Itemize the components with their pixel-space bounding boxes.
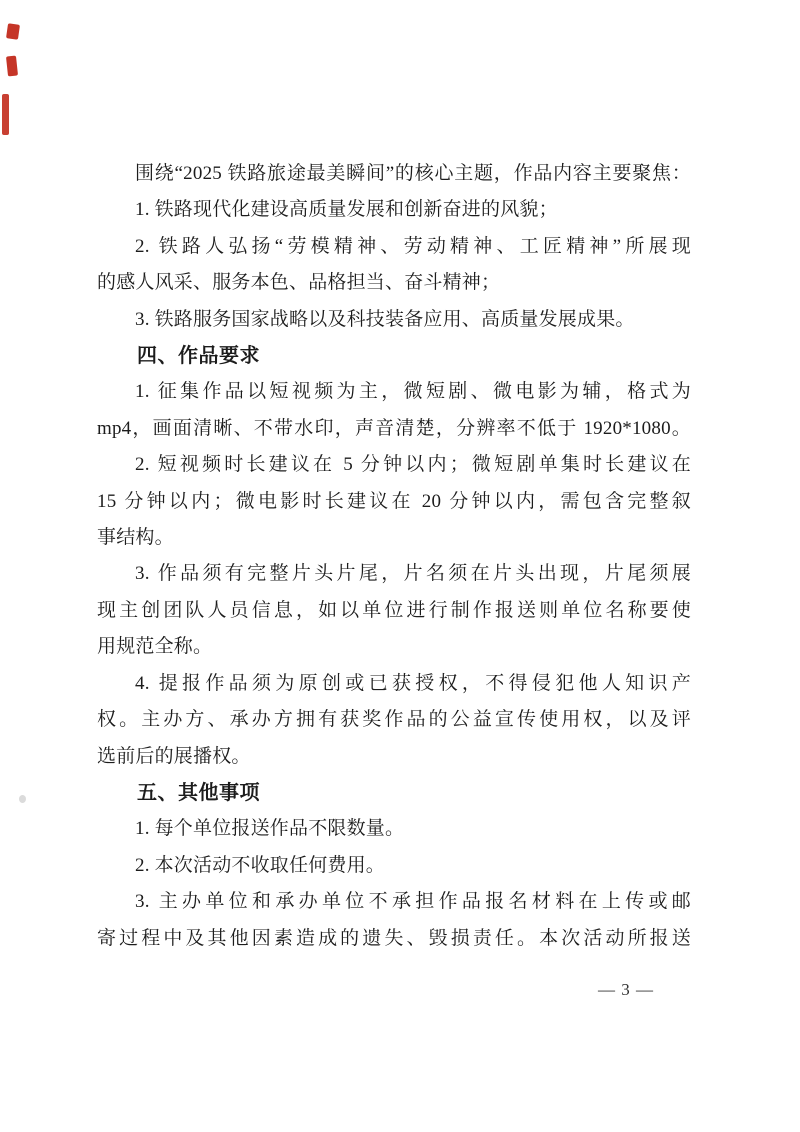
requirement-3: 3. 作品须有完整片头片尾，片名须在片头出现，片尾须展 (97, 556, 691, 592)
red-scan-artifact-3 (2, 94, 9, 135)
requirement-2: 2. 短视频时长建议在 5 分钟以内；微短剧单集时长建议在 (97, 447, 691, 483)
requirement-2-cont-1: 15 分钟以内；微电影时长建议在 20 分钟以内，需包含完整叙 (97, 484, 691, 520)
red-scan-artifact-1 (6, 23, 20, 40)
other-item-1: 1. 每个单位报送作品不限数量。 (97, 811, 691, 847)
intro-line: 围绕“2025 铁路旅途最美瞬间”的核心主题，作品内容主要聚焦： (97, 156, 691, 192)
page-number: — 3 — (598, 980, 654, 1000)
document-body: 围绕“2025 铁路旅途最美瞬间”的核心主题，作品内容主要聚焦： 1. 铁路现代… (97, 156, 691, 957)
focus-item-2: 2. 铁路人弘扬“劳模精神、劳动精神、工匠精神”所展现 (97, 229, 691, 265)
other-item-3-cont: 寄过程中及其他因素造成的遗失、毁损责任。本次活动所报送 (97, 921, 691, 957)
requirement-4-cont-2: 选前后的展播权。 (97, 739, 691, 775)
requirement-1: 1. 征集作品以短视频为主，微短剧、微电影为辅，格式为 (97, 374, 691, 410)
requirement-3-cont-2: 用规范全称。 (97, 629, 691, 665)
requirement-3-cont-1: 现主创团队人员信息，如以单位进行制作报送则单位名称要使 (97, 593, 691, 629)
focus-item-3: 3. 铁路服务国家战略以及科技装备应用、高质量发展成果。 (97, 302, 691, 338)
other-item-3: 3. 主办单位和承办单位不承担作品报名材料在上传或邮 (97, 884, 691, 920)
section-heading-other-matters: 五、其他事项 (97, 775, 691, 811)
red-scan-artifact-2 (6, 56, 18, 77)
requirement-2-cont-2: 事结构。 (97, 520, 691, 556)
focus-item-2-cont: 的感人风采、服务本色、品格担当、奋斗精神； (97, 265, 691, 301)
gray-scan-smudge (19, 795, 26, 803)
focus-item-1: 1. 铁路现代化建设高质量发展和创新奋进的风貌； (97, 192, 691, 228)
requirement-4: 4. 提报作品须为原创或已获授权，不得侵犯他人知识产 (97, 666, 691, 702)
document-page: 围绕“2025 铁路旅途最美瞬间”的核心主题，作品内容主要聚焦： 1. 铁路现代… (0, 0, 800, 1132)
other-item-2: 2. 本次活动不收取任何费用。 (97, 848, 691, 884)
section-heading-works-requirements: 四、作品要求 (97, 338, 691, 374)
requirement-1-cont: mp4，画面清晰、不带水印，声音清楚，分辨率不低于 1920*1080。 (97, 411, 691, 447)
requirement-4-cont-1: 权。主办方、承办方拥有获奖作品的公益宣传使用权，以及评 (97, 702, 691, 738)
